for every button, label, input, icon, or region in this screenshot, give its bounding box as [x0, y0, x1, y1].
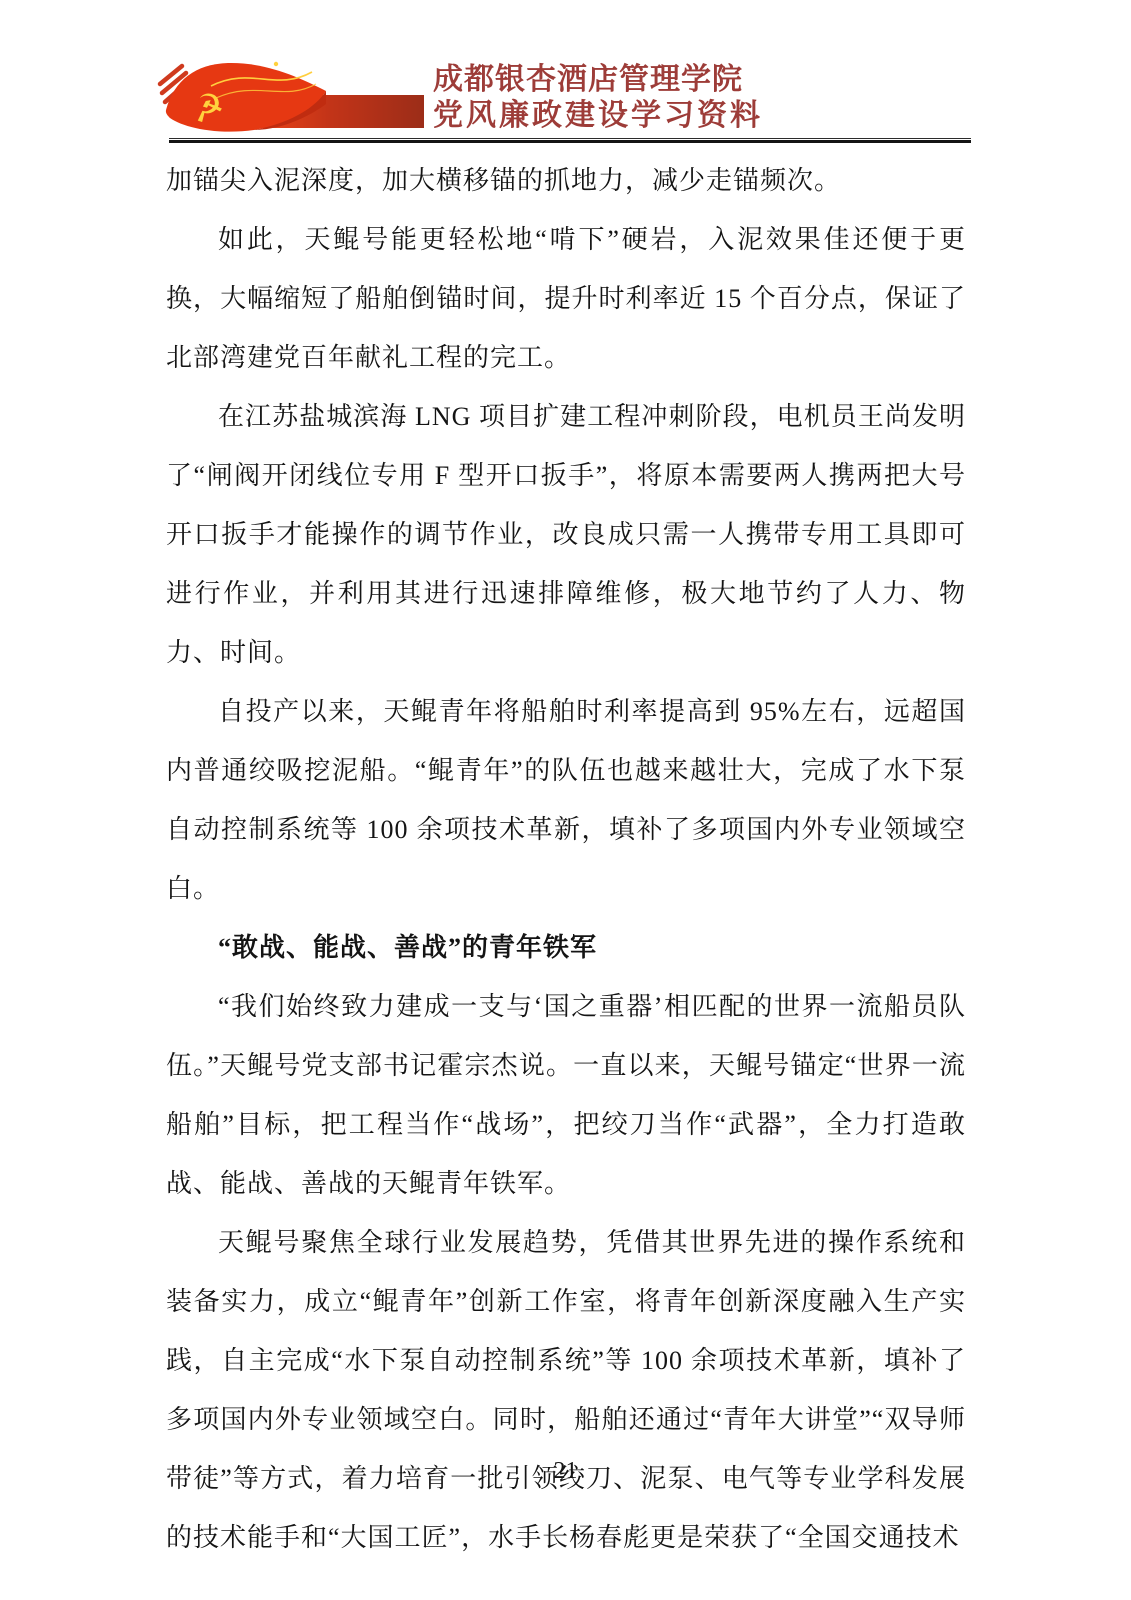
document-page: ☭ 成都银杏酒店管理学院 党风廉政建设学习资料 加锚尖入泥深度，加大横移锚的抓地…	[0, 0, 1131, 1600]
party-flag-icon: ☭	[156, 58, 424, 136]
header-titles: 成都银杏酒店管理学院 党风廉政建设学习资料	[433, 62, 763, 134]
paragraph: 自投产以来，天鲲青年将船舶时利率提高到 95%左右，远超国内普通绞吸挖泥船。“鲲…	[166, 682, 966, 918]
paragraph: 如此，天鲲号能更轻松地“啃下”硬岩，入泥效果佳还便于更换，大幅缩短了船舶倒锚时间…	[166, 210, 966, 387]
paragraph: 在江苏盐城滨海 LNG 项目扩建工程冲刺阶段，电机员王尚发明了“闸阀开闭线位专用…	[166, 387, 966, 682]
header-subtitle: 党风廉政建设学习资料	[433, 98, 763, 134]
paragraph: “我们始终致力建成一支与‘国之重器’相匹配的世界一流船员队伍。”天鲲号党支部书记…	[166, 977, 966, 1213]
sparkle-dot	[274, 62, 278, 66]
header-divider	[169, 138, 971, 143]
paragraph: “敢战、能战、善战”的青年铁军	[166, 918, 966, 977]
paragraph: 加锚尖入泥深度，加大横移锚的抓地力，减少走锚频次。	[166, 151, 966, 210]
document-body: 加锚尖入泥深度，加大横移锚的抓地力，减少走锚频次。 如此，天鲲号能更轻松地“啃下…	[166, 151, 966, 1567]
paragraph: 天鲲号聚焦全球行业发展趋势，凭借其世界先进的操作系统和装备实力，成立“鲲青年”创…	[166, 1213, 966, 1567]
page-number: 21	[0, 1458, 1131, 1485]
header-institution: 成都银杏酒店管理学院	[433, 62, 763, 98]
